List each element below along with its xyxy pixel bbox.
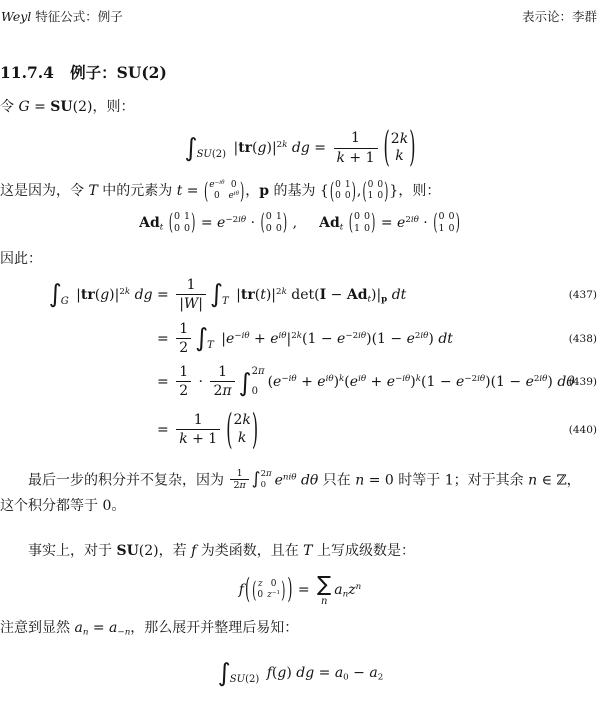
equation-rhs: = 1k + 1(2kk) (157, 411, 259, 448)
header-right-title: 表示论：李群 (522, 7, 597, 25)
equation-rhs: = 12 · 12π∫2π0(e−iθ + eiθ)k(eiθ + e−iθ)k… (157, 363, 575, 400)
equation-lhs: ∫G |tr(g)|2k dg (0, 281, 157, 307)
paragraph-coefficients: 注意到显然 an = a−n，那么展开并整理后易知： (0, 618, 600, 639)
display-equation-adjoint: Adt (0100) = e−2iθ · (0100) ,Adt (0010) … (0, 209, 600, 237)
aligned-equation-block: ∫G |tr(g)|2k dg = 1|W|∫T |tr(t)|2k det(I… (0, 272, 600, 456)
equation-number: (438) (569, 333, 597, 345)
equation-row-440: = 1k + 1(2kk) (440) (0, 404, 600, 456)
paragraph-therefore: 因此： (0, 249, 600, 270)
document-page: Weyl 特征公式：例子 表示论：李群 11.7.4 例子：SU(2) 令 G … (0, 0, 600, 705)
paragraph-class-function: 事实上，对于 SU(2)，若 f 为类函数，且在 T 上写成级数是： (0, 541, 600, 562)
paragraph-torus-basis: 这是因为，令 T 中的元素为 t = (e−iθ00eiθ)，p 的基为 {(0… (0, 178, 600, 205)
display-equation-series: f((z00z−1)) = ∑nanzn (0, 572, 600, 608)
display-equation-result: ∫SU(2) f(g) dg = a0 − a2 (0, 649, 600, 697)
paragraph-last-step-line2: 这个积分都等于 0。 (0, 496, 600, 517)
equation-row-438: = 12∫T |e−iθ + eiθ|2k(1 − e−2iθ)(1 − e2i… (0, 318, 600, 360)
equation-row-437: ∫G |tr(g)|2k dg = 1|W|∫T |tr(t)|2k det(I… (0, 272, 600, 318)
equation-row-439: = 12 · 12π∫2π0(e−iθ + eiθ)k(eiθ + e−iθ)k… (0, 360, 600, 404)
paragraph-last-step-line1: 最后一步的积分并不复杂，因为 12π∫2π0eniθ dθ 只在 n = 0 时… (0, 468, 600, 493)
equation-number: (439) (569, 376, 597, 388)
equation-rhs: = 1|W|∫T |tr(t)|2k det(I − Adt)|p dt (157, 276, 406, 313)
header-left-title: Weyl 特征公式：例子 (1, 7, 123, 25)
display-equation-trace-integral: ∫SU(2) |tr(g)|2k dg = 1k + 1(2kk) (0, 120, 600, 176)
section-heading: 11.7.4 例子：SU(2) (0, 61, 600, 83)
page-header: Weyl 特征公式：例子 表示论：李群 (0, 0, 600, 25)
equation-number: (440) (569, 424, 597, 436)
equation-rhs: = 12∫T |e−iθ + eiθ|2k(1 − e−2iθ)(1 − e2i… (157, 320, 453, 357)
equation-number: (437) (569, 289, 597, 301)
paragraph-intro: 令 G = SU(2)，则： (0, 97, 600, 118)
